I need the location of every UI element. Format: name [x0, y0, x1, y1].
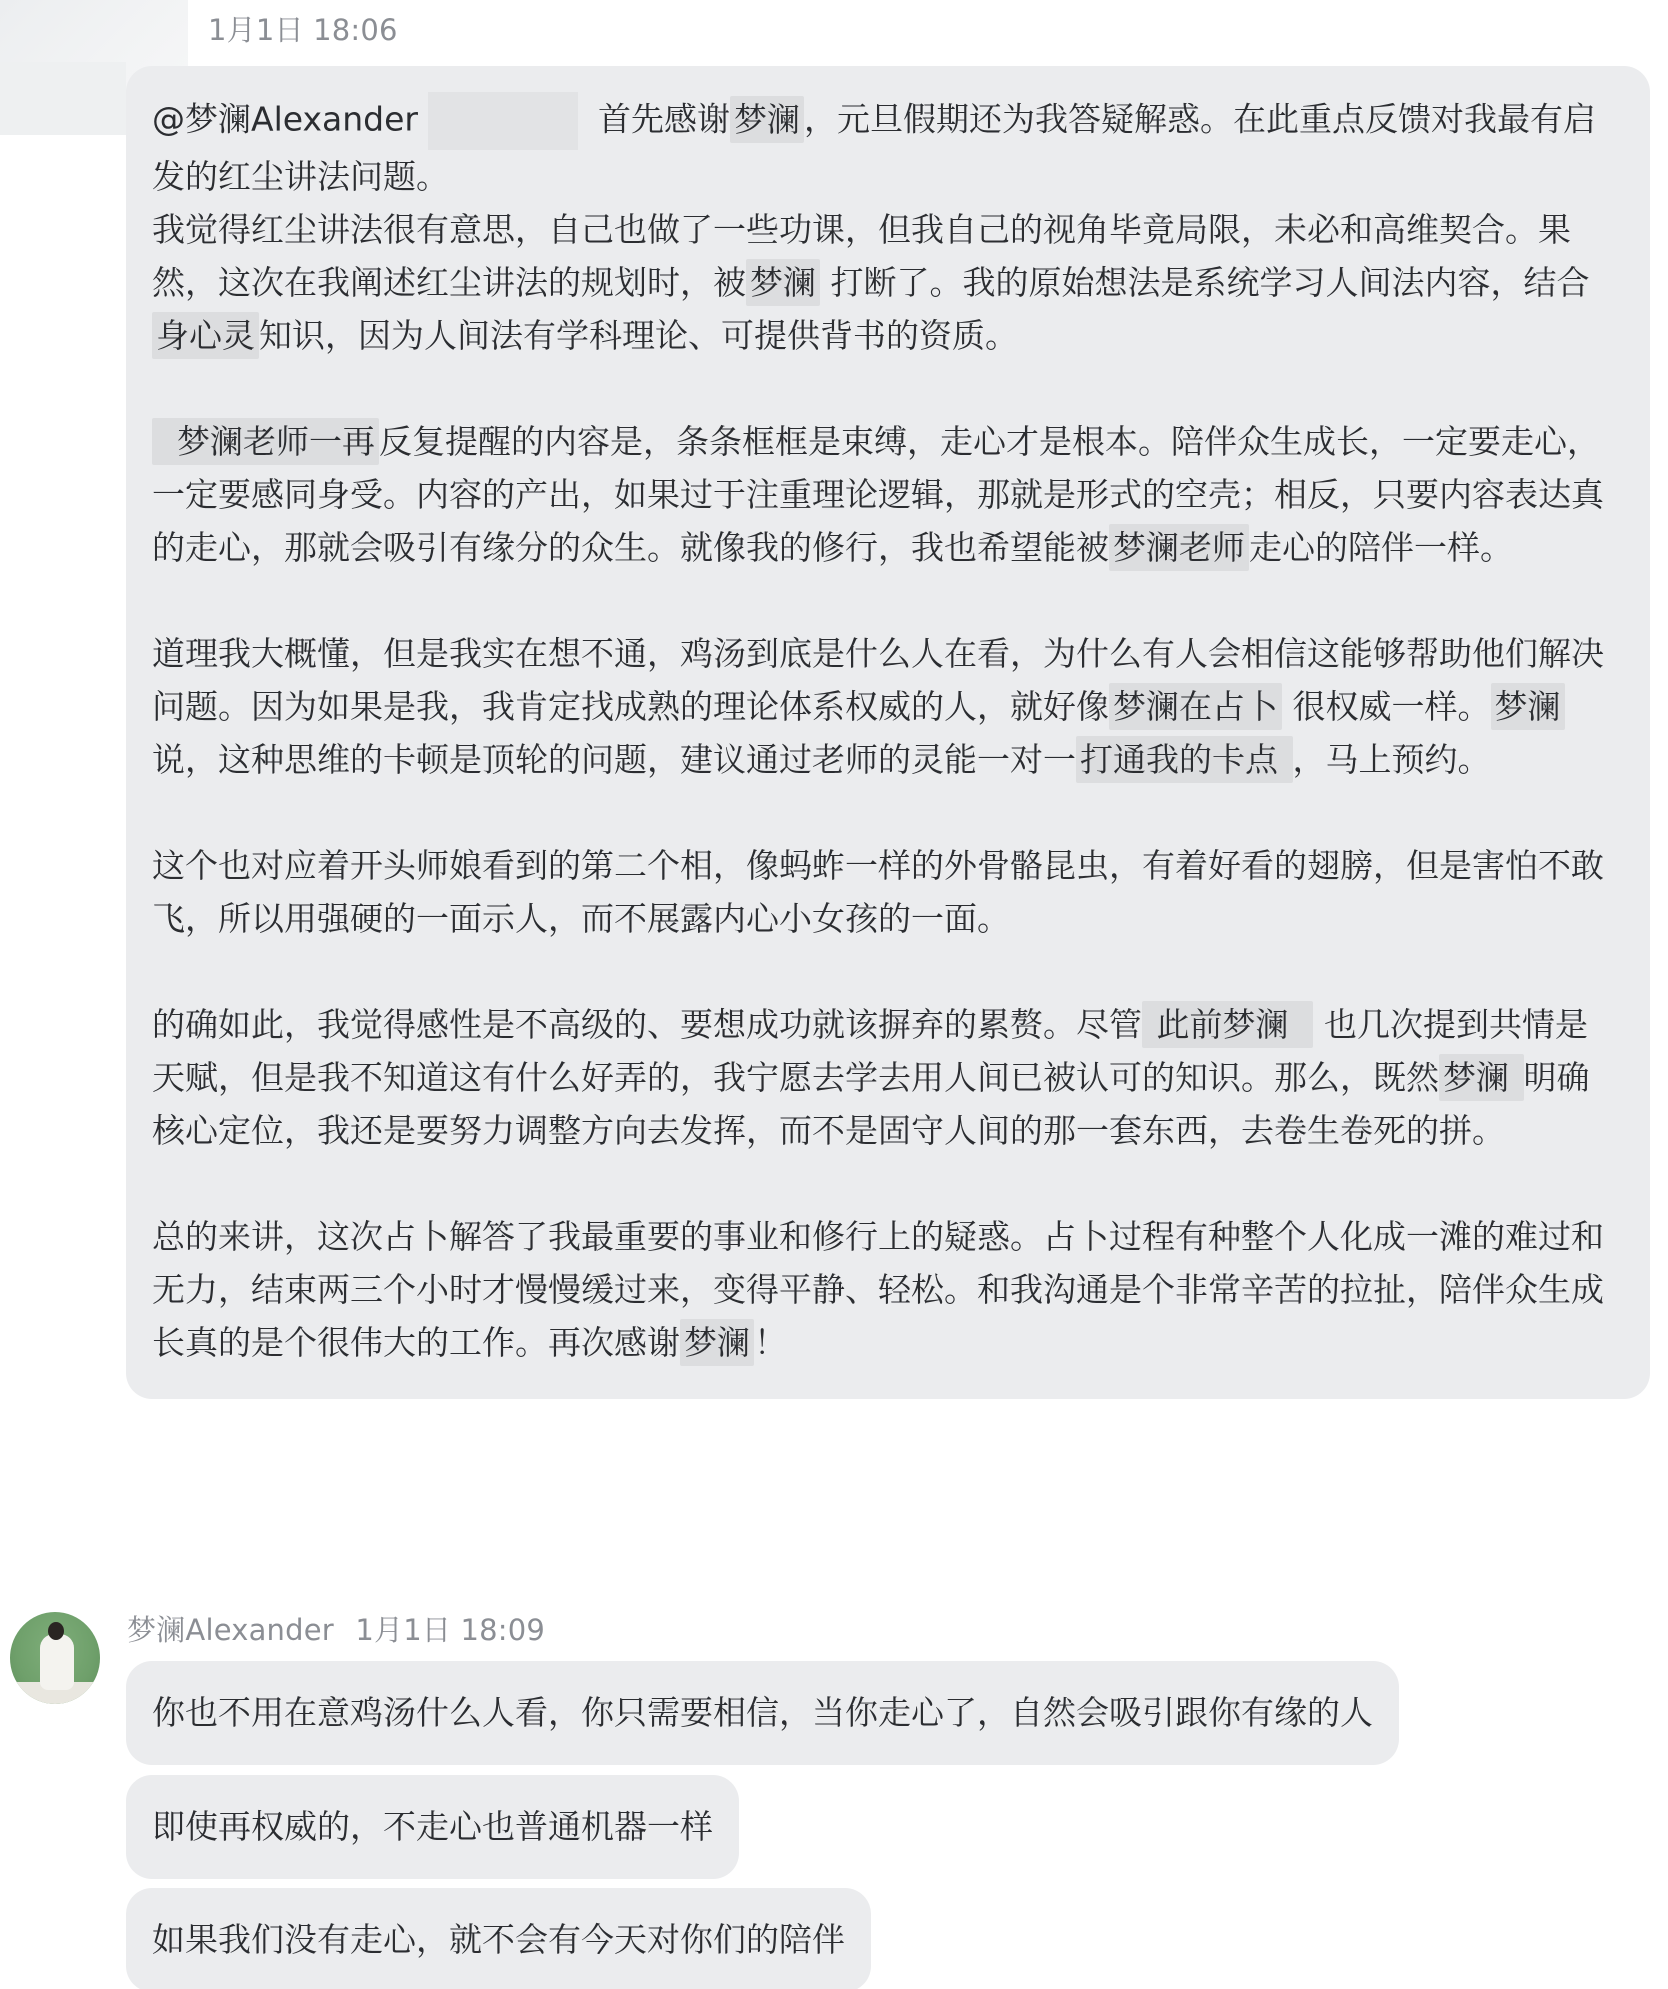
- highlighted-name: 梦澜: [1439, 1054, 1524, 1101]
- highlighted-term: 身心灵: [152, 312, 259, 359]
- highlighted-name: 梦澜: [680, 1319, 754, 1366]
- message-bubble-long[interactable]: @梦澜Alexander首先感谢梦澜，元旦假期还为我答疑解惑。在此重点反馈对我最…: [126, 66, 1650, 1399]
- sender-name[interactable]: 梦澜Alexander: [127, 1613, 334, 1647]
- mention-link[interactable]: @梦澜Alexander: [152, 100, 418, 139]
- text-segment: 的确如此，我觉得感性是不高级的、要想成功就该摒弃的累赘。尽管: [152, 1005, 1142, 1044]
- text-segment: 总的来讲，这次占卜解答了我最重要的事业和修行上的疑惑。占卜过程有种整个人化成一滩…: [152, 1217, 1604, 1362]
- message-paragraph: 这个也对应着开头师娘看到的第二个相，像蚂蚱一样的外骨骼昆虫，有着好看的翅膀，但是…: [152, 839, 1620, 945]
- message-paragraph: 总的来讲，这次占卜解答了我最重要的事业和修行上的疑惑。占卜过程有种整个人化成一滩…: [152, 1210, 1620, 1369]
- highlighted-name: 梦澜老师: [1109, 524, 1249, 571]
- highlighted-name: 梦澜老师一再: [152, 418, 379, 465]
- sender-header: 梦澜Alexander 1月1日 18:09: [127, 1608, 545, 1649]
- message-text: 你也不用在意鸡汤什么人看，你只需要相信，当你走心了，自然会吸引跟你有缘的人: [152, 1693, 1373, 1732]
- text-segment: 很权威一样。: [1282, 687, 1491, 726]
- avatar-figure: [40, 1634, 74, 1690]
- text-segment: 这个也对应着开头师娘看到的第二个相，像蚂蚱一样的外骨骼昆虫，有着好看的翅膀，但是…: [152, 846, 1604, 938]
- text-segment: ，马上预约。: [1293, 740, 1491, 779]
- message-timestamp: 1月1日 18:06: [208, 8, 398, 49]
- message-paragraph: 道理我大概懂，但是我实在想不通，鸡汤到底是什么人在看，为什么有人会相信这能够帮助…: [152, 627, 1620, 786]
- text-segment: 首先感谢: [598, 100, 730, 139]
- highlighted-name: 梦澜在占卜: [1109, 683, 1282, 730]
- message-text: 如果我们没有走心，就不会有今天对你们的陪伴: [152, 1920, 845, 1959]
- redacted-block: [428, 92, 578, 150]
- highlighted-name: 梦澜: [730, 96, 804, 143]
- message-paragraph: 梦澜老师一再反复提醒的内容是，条条框框是束缚，走心才是根本。陪伴众生成长，一定要…: [152, 415, 1620, 574]
- text-segment: 知识，因为人间法有学科理论、可提供背书的资质。: [259, 316, 1018, 355]
- message-paragraph: 的确如此，我觉得感性是不高级的、要想成功就该摒弃的累赘。尽管 此前梦澜 也几次提…: [152, 998, 1620, 1157]
- highlighted-name: 此前梦澜: [1142, 1001, 1313, 1048]
- message-paragraph: @梦澜Alexander首先感谢梦澜，元旦假期还为我答疑解惑。在此重点反馈对我最…: [152, 92, 1620, 362]
- text-segment: ！: [754, 1323, 787, 1362]
- message-bubble[interactable]: 如果我们没有走心，就不会有今天对你们的陪伴: [126, 1888, 871, 1989]
- highlighted-name: 梦澜: [1491, 683, 1565, 730]
- sender-avatar[interactable]: [10, 1612, 100, 1704]
- text-segment: 打断了。我的原始想法是系统学习人间法内容，结合: [820, 263, 1590, 302]
- text-segment: 走心的陪伴一样。: [1249, 528, 1513, 567]
- avatar-head: [48, 1622, 64, 1640]
- highlighted-term: 打通我的卡点: [1076, 736, 1293, 783]
- message-bubble[interactable]: 你也不用在意鸡汤什么人看，你只需要相信，当你走心了，自然会吸引跟你有缘的人: [126, 1661, 1399, 1765]
- message-bubble[interactable]: 即使再权威的，不走心也普通机器一样: [126, 1775, 739, 1879]
- highlighted-name: 梦澜: [746, 259, 820, 306]
- message-timestamp: 1月1日 18:09: [355, 1613, 545, 1647]
- message-text: 即使再权威的，不走心也普通机器一样: [152, 1807, 713, 1846]
